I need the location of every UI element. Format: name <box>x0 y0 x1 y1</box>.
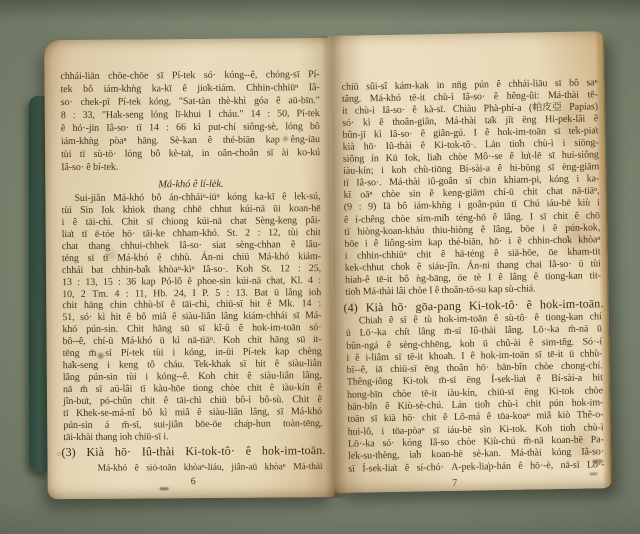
right-paragraph-2: Chiahêsīêtùhok-im-toānêsù-tô·êtiong-kanc… <box>346 311 605 475</box>
right-page-number: 7 <box>327 476 583 491</box>
left-continuation-line: Má-khóêsió-toānkhòaⁿ-liáu,jiân-aūkhòaⁿMá… <box>64 461 323 475</box>
left-paragraph-continued: chhái-liānchōe-chōesīPí-teksó·kóng--ê,ch… <box>60 68 320 174</box>
left-paragraph-2: Sui-jiânMá-khóbôán-chháiⁿ-iūⁿkóngka-kīêl… <box>61 191 322 444</box>
right-page: chiūsûi-sîkám-kakinnn̄gpúnêchhái-liāusīb… <box>327 31 612 493</box>
left-page: chhái-liānchōe-chōesīPí-teksó·kóng--ê,ch… <box>44 38 335 499</box>
right-paragraph-1: chiūsûi-sîkám-kakinnn̄gpúnêchhái-liāusīb… <box>342 77 602 298</box>
book-spread: chhái-liānchōe-chōesīPí-teksó·kóng--ê,ch… <box>42 34 612 500</box>
paper-stain <box>160 487 169 490</box>
left-section-title: Má-khó ê lí-le̍k. <box>61 178 320 191</box>
photo-scene: chhái-liānchōe-chōesīPí-teksó·kóng--ê,ch… <box>0 0 640 534</box>
paper-stain <box>589 472 597 475</box>
left-page-number: 6 <box>64 475 323 488</box>
left-section-heading: (3)Kiàhō·Iû-thàiKi-tok-tô·êhok-im-toān. <box>61 443 325 460</box>
